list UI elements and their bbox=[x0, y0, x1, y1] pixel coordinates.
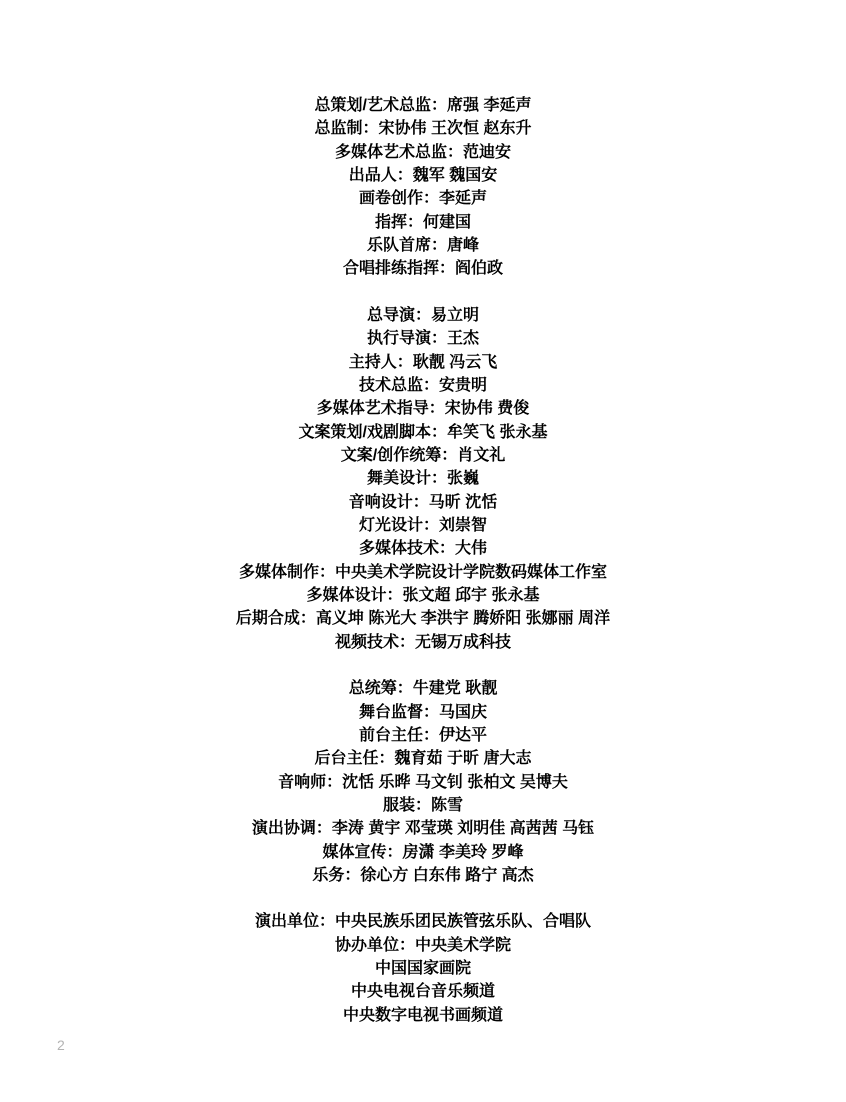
credit-line: 后台主任：魏育茹 于昕 唐大志 bbox=[0, 747, 846, 770]
credit-line: 中央电视台音乐频道 bbox=[0, 980, 846, 1003]
credit-line: 主持人：耿靓 冯云飞 bbox=[0, 351, 846, 374]
credit-line: 服装：陈雪 bbox=[0, 794, 846, 817]
credit-line: 中央数字电视书画频道 bbox=[0, 1004, 846, 1027]
credit-line: 多媒体制作：中央美术学院设计学院数码媒体工作室 bbox=[0, 561, 846, 584]
credit-line: 总统筹：牛建党 耿靓 bbox=[0, 677, 846, 700]
credit-line: 媒体宣传：房潇 李美玲 罗峰 bbox=[0, 841, 846, 864]
credits: 总策划/艺术总监：席强 李延声总监制：宋协伟 王次恒 赵东升多媒体艺术总监：范迪… bbox=[0, 94, 846, 1027]
credit-line: 技术总监：安贵明 bbox=[0, 374, 846, 397]
credit-line: 多媒体艺术总监：范迪安 bbox=[0, 141, 846, 164]
credits-section: 演出单位：中央民族乐团民族管弦乐队、合唱队协办单位：中央美术学院中国国家画院中央… bbox=[0, 910, 846, 1027]
credit-line: 中国国家画院 bbox=[0, 957, 846, 980]
credit-line: 灯光设计：刘崇智 bbox=[0, 514, 846, 537]
credit-line: 文案/创作统筹：肖文礼 bbox=[0, 444, 846, 467]
credit-line: 乐队首席：唐峰 bbox=[0, 234, 846, 257]
credit-line: 音响设计：马昕 沈恬 bbox=[0, 491, 846, 514]
credits-section: 总导演：易立明执行导演：王杰主持人：耿靓 冯云飞技术总监：安贵明多媒体艺术指导：… bbox=[0, 304, 846, 654]
credit-line: 后期合成：高义坤 陈光大 李洪宇 腾娇阳 张娜丽 周洋 bbox=[0, 607, 846, 630]
page-number: 2 bbox=[57, 1037, 65, 1053]
credit-line: 总策划/艺术总监：席强 李延声 bbox=[0, 94, 846, 117]
credit-line: 前台主任：伊达平 bbox=[0, 724, 846, 747]
credit-line: 文案策划/戏剧脚本：牟笑飞 张永基 bbox=[0, 421, 846, 444]
credits-section: 总策划/艺术总监：席强 李延声总监制：宋协伟 王次恒 赵东升多媒体艺术总监：范迪… bbox=[0, 94, 846, 281]
credit-line: 多媒体技术：大伟 bbox=[0, 537, 846, 560]
credit-line: 协办单位：中央美术学院 bbox=[0, 934, 846, 957]
document-page: 总策划/艺术总监：席强 李延声总监制：宋协伟 王次恒 赵东升多媒体艺术总监：范迪… bbox=[0, 0, 846, 1102]
credits-section: 总统筹：牛建党 耿靓舞台监督：马国庆前台主任：伊达平后台主任：魏育茹 于昕 唐大… bbox=[0, 677, 846, 887]
credit-line: 执行导演：王杰 bbox=[0, 327, 846, 350]
credit-line: 多媒体设计：张文超 邱宇 张永基 bbox=[0, 584, 846, 607]
credit-line: 指挥：何建国 bbox=[0, 211, 846, 234]
credit-line: 音响师：沈恬 乐晔 马文钊 张柏文 吴博夫 bbox=[0, 771, 846, 794]
credit-line: 出品人：魏军 魏国安 bbox=[0, 164, 846, 187]
credit-line: 多媒体艺术指导：宋协伟 费俊 bbox=[0, 397, 846, 420]
credit-line: 画卷创作：李延声 bbox=[0, 187, 846, 210]
credit-line: 合唱排练指挥：阎伯政 bbox=[0, 257, 846, 280]
credit-line: 舞美设计：张巍 bbox=[0, 467, 846, 490]
credit-line: 总导演：易立明 bbox=[0, 304, 846, 327]
credit-line: 总监制：宋协伟 王次恒 赵东升 bbox=[0, 117, 846, 140]
credit-line: 演出单位：中央民族乐团民族管弦乐队、合唱队 bbox=[0, 910, 846, 933]
credit-line: 视频技术：无锡万成科技 bbox=[0, 631, 846, 654]
credit-line: 舞台监督：马国庆 bbox=[0, 701, 846, 724]
credit-line: 演出协调：李涛 黄宇 邓莹瑛 刘明佳 高茜茜 马钰 bbox=[0, 817, 846, 840]
credit-line: 乐务：徐心方 白东伟 路宁 高杰 bbox=[0, 864, 846, 887]
